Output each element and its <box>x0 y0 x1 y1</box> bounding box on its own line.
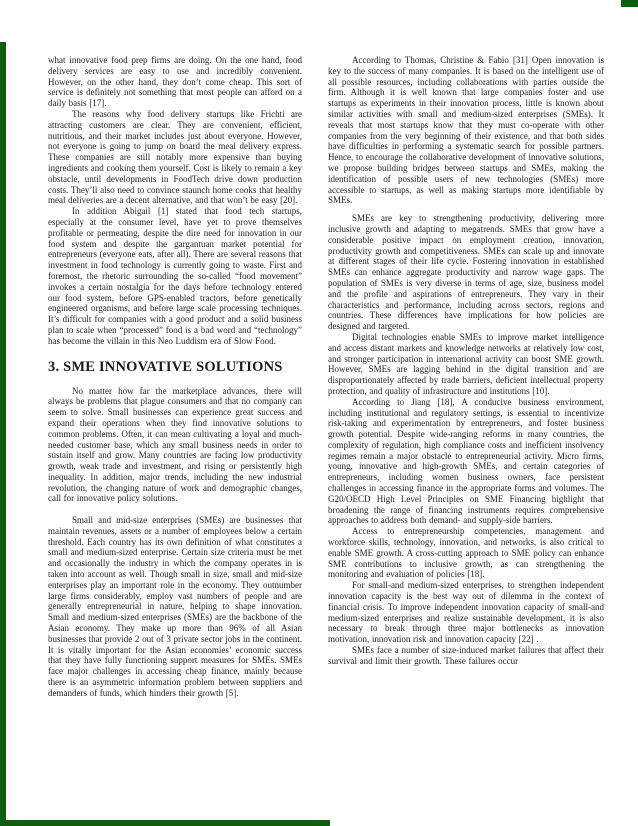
right-paragraph-2: SMEs are key to strengthening productivi… <box>328 213 604 332</box>
two-column-text-layout: what innovative food prep firms are doin… <box>48 55 604 699</box>
paper-page: what innovative food prep firms are doin… <box>0 0 638 826</box>
scan-edge-left <box>0 42 6 826</box>
right-paragraph-1: According to Thomas, Christine & Fabio [… <box>328 55 604 206</box>
left-paragraph-1: what innovative food prep firms are doin… <box>48 55 302 109</box>
right-paragraph-4: According to Jiang [18], A conducive bus… <box>328 397 604 527</box>
left-paragraph-2: The reasons why food delivery startups l… <box>48 109 302 206</box>
left-column: what innovative food prep firms are doin… <box>48 55 302 699</box>
scan-edge-bottom <box>0 820 330 826</box>
right-paragraph-5: Access to entrepreneurship competencies,… <box>328 526 604 580</box>
right-paragraph-7: SMEs face a number of size-induced marke… <box>328 645 604 667</box>
scan-edge-top-right <box>621 0 638 7</box>
right-paragraph-6: For small-and medium-sized enterprises, … <box>328 580 604 645</box>
left-paragraph-5: Small and mid-size enterprises (SMEs) ar… <box>48 515 302 699</box>
right-paragraph-3: Digital technologies enable SMEs to impr… <box>328 332 604 397</box>
right-column: According to Thomas, Christine & Fabio [… <box>328 55 604 699</box>
left-paragraph-4: No matter how far the marketplace advanc… <box>48 386 302 505</box>
left-paragraph-3: In addition Abigail [1] stated that food… <box>48 206 302 346</box>
section-heading-sme-innovative-solutions: 3. SME INNOVATIVE SOLUTIONS <box>48 359 302 376</box>
